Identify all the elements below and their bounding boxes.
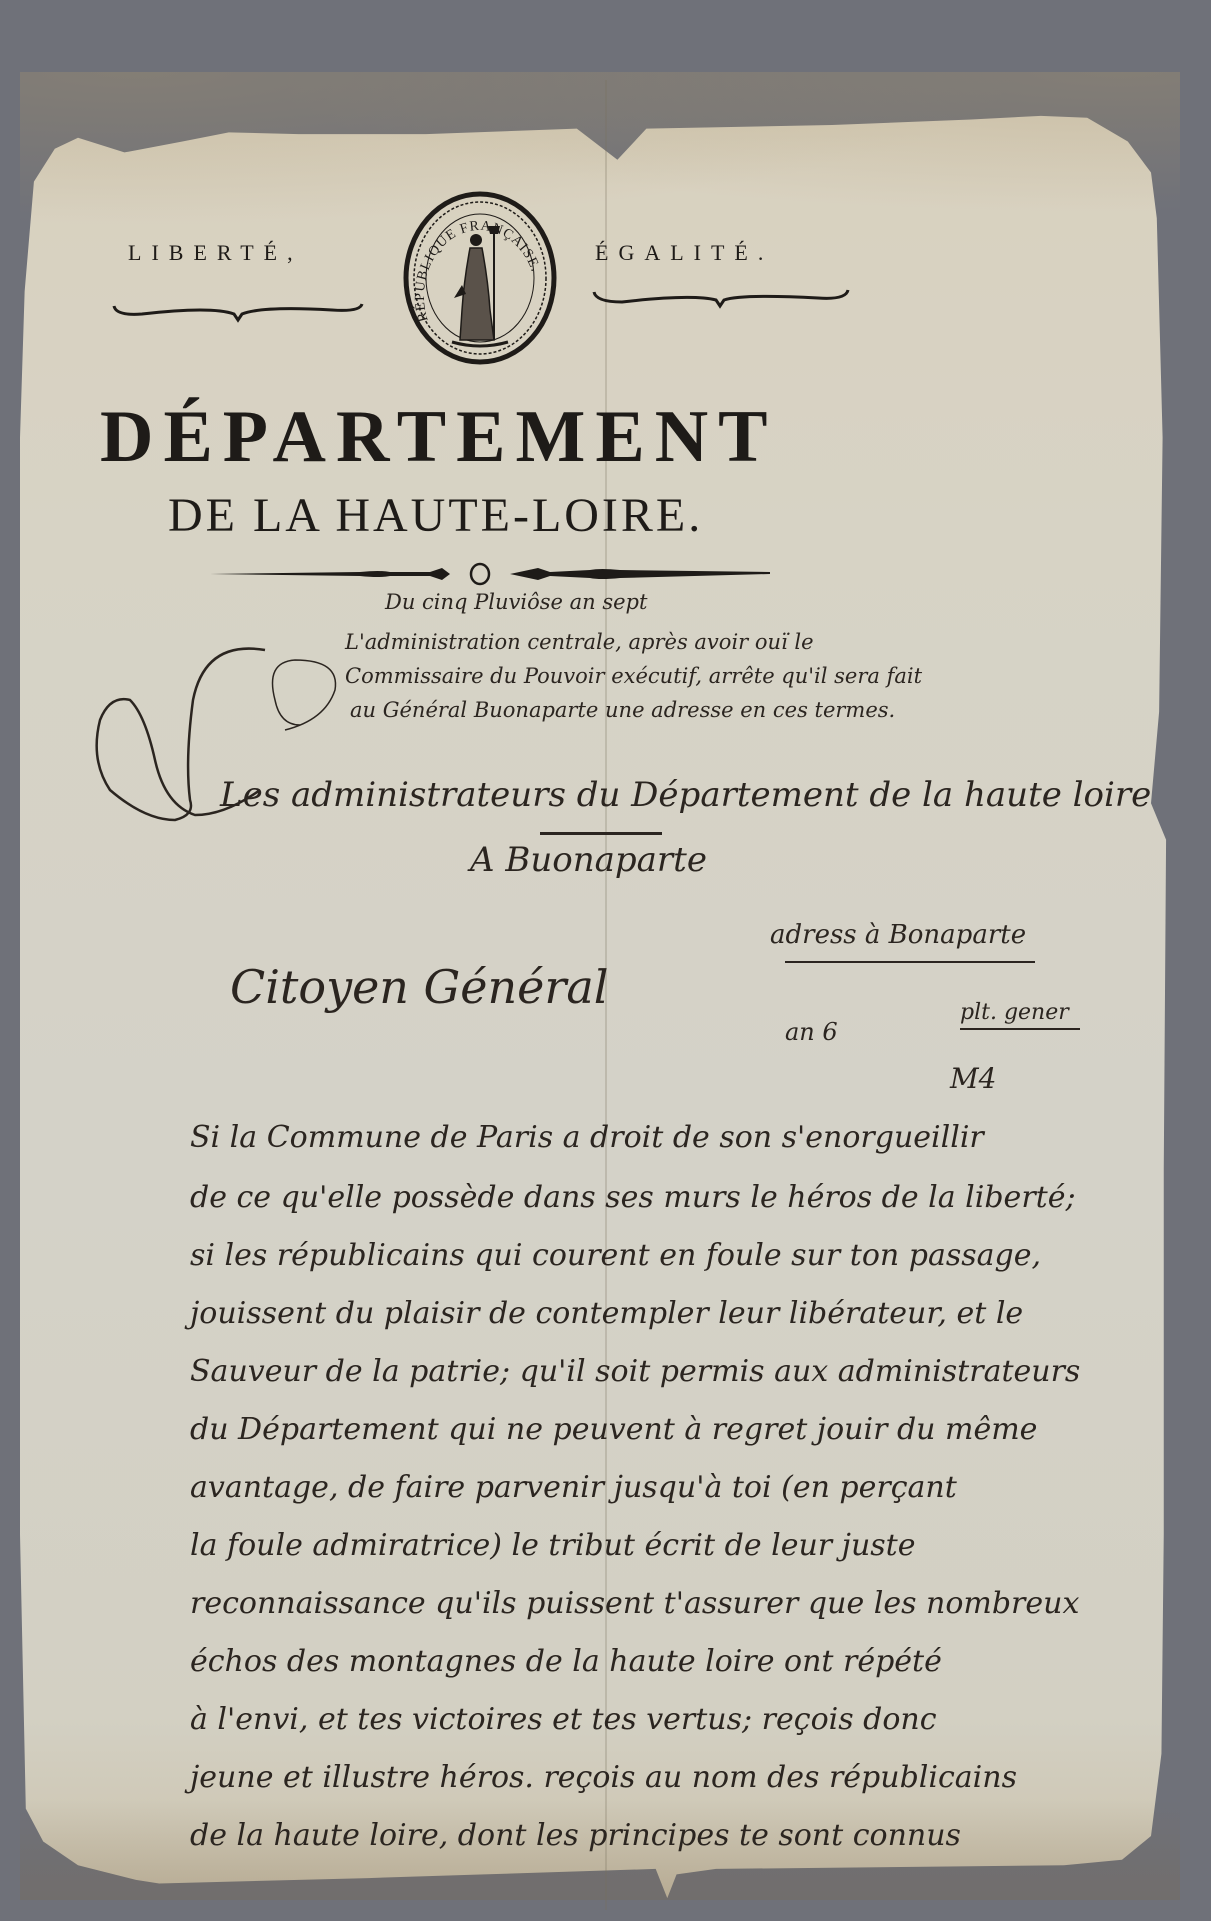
brace-ornament-right (592, 288, 850, 310)
body-line-5: Sauveur de la patrie; qu'il soit permis … (190, 1354, 1080, 1389)
marginal-note-classification-underline (960, 1028, 1080, 1030)
body-line-13: de la haute loire, dont les principes te… (190, 1818, 961, 1853)
department-title: DÉPARTEMENT (100, 395, 778, 480)
body-line-3: si les républicains qui courent en foule… (190, 1238, 1041, 1273)
ornamental-divider-icon (210, 562, 770, 586)
body-line-10: échos des montagnes de la haute loire on… (190, 1644, 942, 1679)
marginal-note-year: an 6 (785, 1018, 838, 1046)
header-note-line-4: au Général Buonaparte une adresse en ces… (350, 698, 895, 722)
body-line-6: du Département qui ne peuvent à regret j… (190, 1412, 1037, 1447)
motto-liberte: LIBERTÉ, (128, 240, 303, 266)
body-line-7: avantage, de faire parvenir jusqu'à toi … (190, 1470, 957, 1505)
marginal-note-underline (785, 961, 1035, 963)
header-note-line-2: L'administration centrale, après avoir o… (345, 630, 814, 654)
body-line-4: jouissent du plaisir de contempler leur … (190, 1296, 1023, 1331)
marginal-note-address: adress à Bonaparte (770, 920, 1026, 950)
department-subtitle: DE LA HAUTE-LOIRE. (168, 488, 703, 543)
brace-ornament-left (112, 302, 364, 324)
motto-egalite: ÉGALITÉ. (595, 240, 773, 266)
addressee-underline (540, 832, 662, 835)
body-line-8: la foule admiratrice) le tribut écrit de… (190, 1528, 915, 1563)
republique-francaise-seal-icon: RÉPUBLIQUE FRANÇAISE. (402, 190, 558, 366)
body-line-9: reconnaissance qu'ils puissent t'assurer… (190, 1586, 1079, 1621)
addressee-line: Les administrateurs du Département de la… (220, 775, 1151, 815)
addressee-name: A Buonaparte (470, 840, 707, 880)
body-line-1: Si la Commune de Paris a droit de son s'… (190, 1120, 984, 1155)
header-note-date: Du cinq Pluviôse an sept (385, 590, 647, 614)
marginal-note-reference: M4 (950, 1062, 996, 1095)
header-note-line-3: Commissaire du Pouvoir exécutif, arrête … (345, 664, 922, 688)
body-line-2: de ce qu'elle possède dans ses murs le h… (190, 1180, 1076, 1215)
body-line-11: à l'envi, et tes victoires et tes vertus… (190, 1702, 937, 1737)
marginal-note-classification: plt. gener (960, 1000, 1069, 1025)
body-line-12: jeune et illustre héros. reçois au nom d… (190, 1760, 1017, 1795)
salutation: Citoyen Général (230, 960, 609, 1014)
